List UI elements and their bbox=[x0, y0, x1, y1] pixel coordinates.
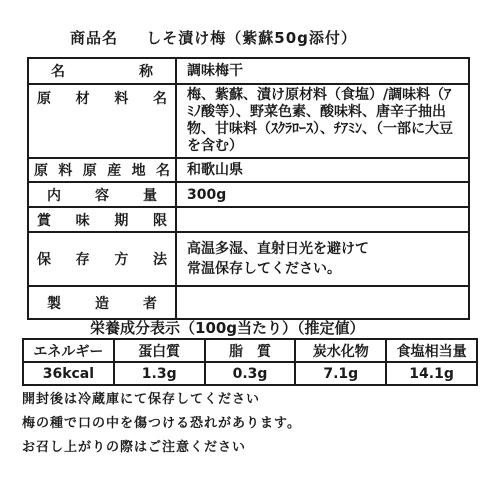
product-name-value: しそ漬け梅（紫蘇50g添付） bbox=[146, 29, 357, 47]
nutrition-col-carbohydrate: 炭水化物 bbox=[295, 339, 386, 362]
note-eating-caution: お召し上がりの際はご注意ください bbox=[22, 436, 246, 455]
nutrition-values-row: 36kcal 1.3g 0.3g 7.1g 14.1g bbox=[23, 362, 477, 385]
spec-row-storage: 保存方法 高温多湿、直射日光を避けて 常温保存してください。 bbox=[28, 232, 469, 286]
spec-table: 名称 調味梅干 原材料名 梅、紫蘇、漬け原材料（食塩）/調味料（ｱﾐﾉ酸等）、野… bbox=[27, 57, 470, 320]
food-label-sheet: 商品名 しそ漬け梅（紫蘇50g添付） 名称 調味梅干 原材料名 梅、紫蘇、漬け原… bbox=[0, 0, 498, 498]
spec-row-manufacturer: 製造者 bbox=[28, 286, 469, 319]
spec-value-net-content: 300g bbox=[176, 182, 469, 207]
spec-label-manufacturer: 製造者 bbox=[28, 286, 176, 319]
spec-label-storage: 保存方法 bbox=[28, 232, 176, 286]
spec-label-name: 名称 bbox=[28, 58, 176, 84]
spec-row-best-before: 賞味期限 bbox=[28, 207, 469, 232]
nutrition-value-protein: 1.3g bbox=[114, 362, 205, 385]
spec-row-ingredients: 原材料名 梅、紫蘇、漬け原材料（食塩）/調味料（ｱﾐﾉ酸等）、野菜色素、酸味料、… bbox=[28, 84, 469, 158]
spec-value-best-before bbox=[176, 207, 469, 232]
nutrition-value-carbohydrate: 7.1g bbox=[295, 362, 386, 385]
spec-row-net-content: 内容量 300g bbox=[28, 182, 469, 207]
nutrition-col-energy: エネルギー bbox=[23, 339, 114, 362]
product-name-line: 商品名 しそ漬け梅（紫蘇50g添付） bbox=[70, 27, 357, 48]
product-name-field-label: 商品名 bbox=[70, 29, 118, 47]
nutrition-table: エネルギー 蛋白質 脂 質 炭水化物 食塩相当量 36kcal 1.3g 0.3… bbox=[22, 338, 478, 386]
spec-value-origin: 和歌山県 bbox=[176, 158, 469, 182]
spec-value-storage: 高温多湿、直射日光を避けて 常温保存してください。 bbox=[176, 232, 469, 286]
spec-label-best-before: 賞味期限 bbox=[28, 207, 176, 232]
nutrition-value-salt: 14.1g bbox=[386, 362, 477, 385]
spec-label-ingredients: 原材料名 bbox=[28, 84, 176, 158]
nutrition-col-protein: 蛋白質 bbox=[114, 339, 205, 362]
nutrition-value-fat: 0.3g bbox=[205, 362, 296, 385]
spec-value-manufacturer bbox=[176, 286, 469, 319]
note-storage-after-opening: 開封後は冷蔵庫にて保存してください bbox=[22, 388, 260, 407]
nutrition-col-salt: 食塩相当量 bbox=[386, 339, 477, 362]
nutrition-caption: 栄養成分表示（100g当たり）（推定値） bbox=[90, 317, 365, 338]
spec-value-ingredients: 梅、紫蘇、漬け原材料（食塩）/調味料（ｱﾐﾉ酸等）、野菜色素、酸味料、唐辛子抽出… bbox=[176, 84, 469, 158]
spec-label-origin: 原料原産地名 bbox=[28, 158, 176, 182]
spec-row-origin: 原料原産地名 和歌山県 bbox=[28, 158, 469, 182]
nutrition-value-energy: 36kcal bbox=[23, 362, 114, 385]
note-plum-pit-warning: 梅の種で口の中を傷つける恐れがあります。 bbox=[22, 412, 301, 431]
nutrition-header-row: エネルギー 蛋白質 脂 質 炭水化物 食塩相当量 bbox=[23, 339, 477, 362]
spec-label-net-content: 内容量 bbox=[28, 182, 176, 207]
spec-value-name: 調味梅干 bbox=[176, 58, 469, 84]
nutrition-col-fat: 脂 質 bbox=[205, 339, 296, 362]
spec-row-name: 名称 調味梅干 bbox=[28, 58, 469, 84]
